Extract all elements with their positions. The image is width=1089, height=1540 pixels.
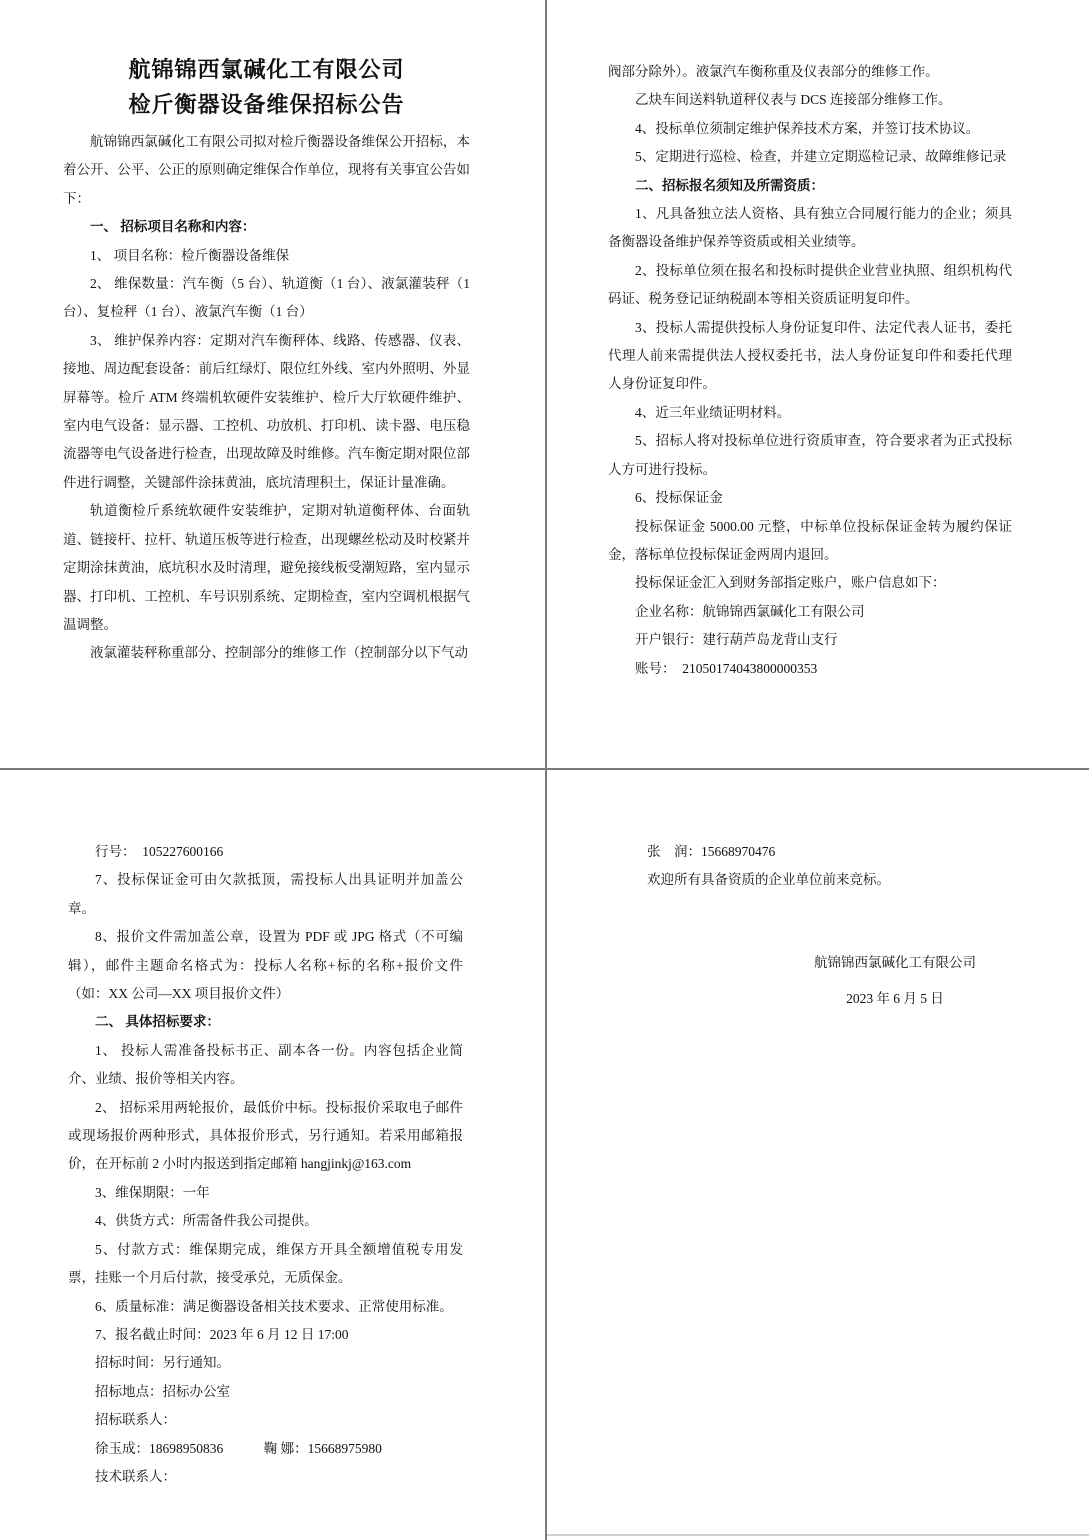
paragraph: 乙炔车间送料轨道秤仪表与 DCS 连接部分维修工作。 (608, 86, 1012, 114)
paragraph: 招标地点：招标办公室 (68, 1378, 463, 1406)
paragraph: 欢迎所有具备资质的企业单位前来竞标。 (620, 866, 1015, 894)
paragraph: 2、投标单位须在报名和投标时提供企业营业执照、组织机构代码证、税务登记证纳税副本… (608, 257, 1012, 314)
paragraph: 4、近三年业绩证明材料。 (608, 399, 1012, 427)
page-body: 阀部分除外）。液氯汽车衡称重及仪表部分的维修工作。乙炔车间送料轨道秤仪表与 DC… (608, 58, 1012, 683)
page-body: 航锦锦西氯碱化工有限公司拟对检斤衡器设备维保公开招标，本着公开、公平、公正的原则… (63, 128, 470, 668)
paragraph: 投标保证金汇入到财务部指定账户，账户信息如下： (608, 569, 1012, 597)
section-heading: 二、招标报名须知及所需资质： (608, 172, 1012, 200)
paragraph: 行号： 105227600166 (68, 838, 463, 866)
page-body: 张 润：15668970476欢迎所有具备资质的企业单位前来竞标。 (620, 838, 1015, 895)
paragraph: 7、投标保证金可由欠款抵顶，需投标人出具证明并加盖公章。 (68, 866, 463, 923)
paragraph: 投标保证金 5000.00 元整，中标单位投标保证金转为履约保证金，落标单位投标… (608, 513, 1012, 570)
document-title: 航锦锦西氯碱化工有限公司 检斤衡器设备维保招标公告 (63, 52, 470, 122)
section-heading: 一、 招标项目名称和内容： (63, 213, 470, 241)
paragraph: 1、 投标人需准备投标书正、副本各一份。内容包括企业简介、业绩、报价等相关内容。 (68, 1037, 463, 1094)
paragraph: 2、 招标采用两轮报价，最低价中标。投标报价采取电子邮件或现场报价两种形式，具体… (68, 1094, 463, 1179)
paragraph: 6、投标保证金 (608, 484, 1012, 512)
page-bottom-left: 行号： 1052276001667、投标保证金可由欠款抵顶，需投标人出具证明并加… (0, 770, 545, 1540)
paragraph: 4、供货方式：所需备件我公司提供。 (68, 1207, 463, 1235)
paragraph: 5、招标人将对投标单位进行资质审查，符合要求者为正式投标人方可进行投标。 (608, 427, 1012, 484)
signature-date: 2023 年 6 月 5 日 (725, 981, 1065, 1017)
paragraph: 7、报名截止时间：2023 年 6 月 12 日 17:00 (68, 1321, 463, 1349)
title-line-2: 检斤衡器设备维保招标公告 (63, 87, 470, 122)
paragraph: 企业名称：航锦锦西氯碱化工有限公司 (608, 598, 1012, 626)
paragraph: 8、报价文件需加盖公章，设置为 PDF 或 JPG 格式（不可编辑），邮件主题命… (68, 923, 463, 1008)
paragraph: 开户银行：建行葫芦岛龙背山支行 (608, 626, 1012, 654)
paragraph: 招标联系人： (68, 1406, 463, 1434)
paragraph: 液氯灌装秤称重部分、控制部分的维修工作（控制部分以下气动 (63, 639, 470, 667)
paragraph: 1、 项目名称：检斤衡器设备维保 (63, 242, 470, 270)
paragraph: 3、 维护保养内容：定期对汽车衡秤体、线路、传感器、仪表、接地、周边配套设备：前… (63, 327, 470, 497)
document-canvas: 航锦锦西氯碱化工有限公司 检斤衡器设备维保招标公告 航锦锦西氯碱化工有限公司拟对… (0, 0, 1089, 1540)
paragraph: 张 润：15668970476 (620, 838, 1015, 866)
page-divider-horizontal (0, 768, 1089, 770)
page-top-left: 航锦锦西氯碱化工有限公司 检斤衡器设备维保招标公告 航锦锦西氯碱化工有限公司拟对… (0, 0, 545, 768)
paragraph: 3、维保期限：一年 (68, 1179, 463, 1207)
paragraph: 轨道衡检斤系统软硬件安装维护，定期对轨道衡秤体、台面轨道、链接杆、拉杆、轨道压板… (63, 497, 470, 639)
signature-company: 航锦锦西氯碱化工有限公司 (725, 945, 1065, 981)
page-divider-vertical (545, 0, 547, 1540)
paragraph: 4、投标单位须制定维护保养技术方案，并签订技术协议。 (608, 115, 1012, 143)
paragraph: 1、凡具备独立法人资格、具有独立合同履行能力的企业；须具备衡器设备维护保养等资质… (608, 200, 1012, 257)
signature-block: 航锦锦西氯碱化工有限公司 2023 年 6 月 5 日 (725, 945, 1065, 1017)
paragraph: 3、投标人需提供投标人身份证复印件、法定代表人证书，委托代理人前来需提供法人授权… (608, 314, 1012, 399)
page-top-right: 阀部分除外）。液氯汽车衡称重及仪表部分的维修工作。乙炔车间送料轨道秤仪表与 DC… (547, 0, 1089, 768)
paragraph: 5、定期进行巡检、检查，并建立定期巡检记录、故障维修记录 (608, 143, 1012, 171)
page-edge-bottom-right (547, 1534, 1089, 1536)
paragraph: 航锦锦西氯碱化工有限公司拟对检斤衡器设备维保公开招标，本着公开、公平、公正的原则… (63, 128, 470, 213)
paragraph: 阀部分除外）。液氯汽车衡称重及仪表部分的维修工作。 (608, 58, 1012, 86)
paragraph: 5、付款方式：维保期完成，维保方开具全额增值税专用发票，挂账一个月后付款，接受承… (68, 1236, 463, 1293)
paragraph: 2、 维保数量：汽车衡（5 台）、轨道衡（1 台）、液氯灌装秤（1 台）、复检秤… (63, 270, 470, 327)
page-bottom-right: 张 润：15668970476欢迎所有具备资质的企业单位前来竞标。 航锦锦西氯碱… (547, 770, 1089, 1540)
paragraph: 6、质量标准：满足衡器设备相关技术要求、正常使用标准。 (68, 1293, 463, 1321)
paragraph: 徐玉成：18698950836 鞠 娜：15668975980 (68, 1435, 463, 1463)
paragraph: 招标时间：另行通知。 (68, 1349, 463, 1377)
page-body: 行号： 1052276001667、投标保证金可由欠款抵顶，需投标人出具证明并加… (68, 838, 463, 1491)
title-line-1: 航锦锦西氯碱化工有限公司 (63, 52, 470, 87)
paragraph: 账号： 21050174043800000353 (608, 655, 1012, 683)
paragraph: 技术联系人： (68, 1463, 463, 1491)
section-heading: 二、 具体招标要求： (68, 1008, 463, 1036)
